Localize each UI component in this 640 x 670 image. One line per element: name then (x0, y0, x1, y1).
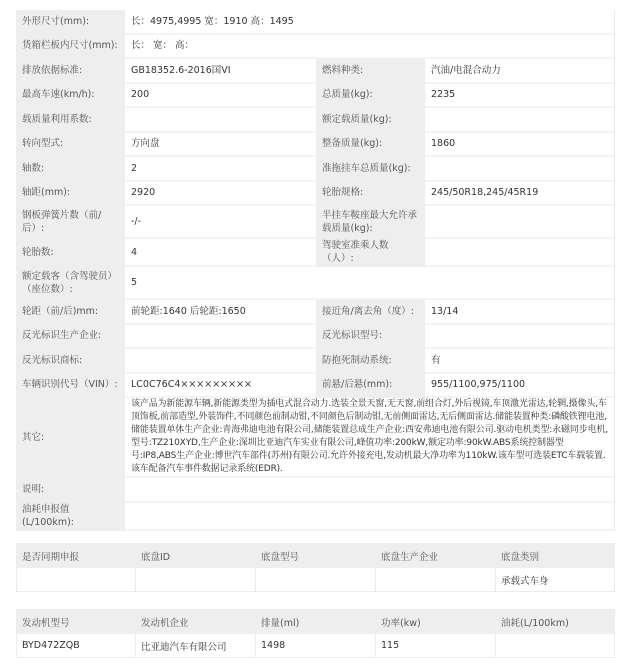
saddle-load-value (425, 206, 614, 239)
reflector-model-label: 反光标识型号: (316, 325, 425, 350)
engine-header-displacement: 排量(ml) (256, 610, 376, 634)
tow-mass-value (425, 157, 614, 182)
steering-value: 方向盘 (125, 133, 316, 158)
other-value: 该产品为新能源车辆,新能源类型为插电式混合动力.选装全景天窗,无天窗,前组合灯,… (125, 398, 614, 478)
engine-header-model: 发动机型号 (17, 610, 136, 634)
leaf-springs-value: -/- (125, 206, 316, 239)
chassis-header-row: 是否同期申报 底盘ID 底盘型号 底盘生产企业 底盘类别 (17, 544, 615, 568)
gross-mass-value: 2235 (425, 84, 614, 109)
rated-load-label: 额定载质量(kg): (316, 108, 425, 133)
spec-row-dimensions: 外形尺寸(mm): 长：4975,4995 宽：1910 高：1495 (16, 10, 614, 35)
engine-cell-fuel (496, 634, 615, 658)
engine-header-fuel: 油耗(L/100km) (496, 610, 615, 634)
chassis-cell-model (256, 568, 376, 592)
fuel-type-label: 燃料种类: (316, 59, 425, 84)
spec-row: 轮距（前/后)mm: 前轮距:1640 后轮距:1650 接近角/离去角（度）:… (16, 300, 614, 325)
engine-cell-model: BYD472ZQB (17, 634, 136, 658)
overhang-value: 955/1100,975/1100 (425, 374, 614, 399)
spec-row: 载质量利用系数: 额定载质量(kg): (16, 108, 614, 133)
tire-spec-value: 245/50R18,245/45R19 (425, 182, 614, 207)
cab-capacity-label: 驾驶室准乘人数（人）: (316, 239, 425, 267)
engine-table: 发动机型号 发动机企业 排量(ml) 功率(kw) 油耗(L/100km) BY… (16, 609, 615, 658)
spec-row: 轴数: 2 准拖挂车总质量(kg): (16, 157, 614, 182)
tire-count-value: 4 (125, 239, 316, 267)
passengers-label: 额定载客（含驾驶员）（座位数）: (16, 267, 125, 300)
spec-row: 反光标识生产企业: 反光标识型号: (16, 325, 614, 350)
max-speed-value: 200 (125, 84, 316, 109)
chassis-table: 是否同期申报 底盘ID 底盘型号 底盘生产企业 底盘类别 承载式车身 (16, 543, 615, 592)
spec-row-other: 其它: 该产品为新能源车辆,新能源类型为插电式混合动力.选装全景天窗,无天窗,前… (16, 398, 614, 478)
spec-row-note: 说明: (16, 478, 614, 503)
spec-row-fuel-declared: 油耗申报值(L/100km): (16, 503, 614, 531)
load-util-value (125, 108, 316, 133)
approach-angle-label: 接近角/离去角（度）: (316, 300, 425, 325)
engine-cell-maker: 比亚迪汽车有限公司 (136, 634, 256, 658)
abs-label: 防抱死制动系统: (316, 349, 425, 374)
engine-header-maker: 发动机企业 (136, 610, 256, 634)
wheelbase-label: 轴距(mm): (16, 182, 125, 207)
dimensions-value: 长：4975,4995 宽：1910 高：1495 (125, 10, 614, 35)
max-speed-label: 最高车速(km/h): (16, 84, 125, 109)
load-util-label: 载质量利用系数: (16, 108, 125, 133)
track-label: 轮距（前/后)mm: (16, 300, 125, 325)
chassis-header-maker: 底盘生产企业 (376, 544, 496, 568)
vin-value: LC0C76C4××××××××× (125, 374, 316, 399)
track-value: 前轮距:1640 后轮距:1650 (125, 300, 316, 325)
reflector-maker-label: 反光标识生产企业: (16, 325, 125, 350)
reflector-brand-label: 反光标识商标: (16, 349, 125, 374)
rated-load-value (425, 108, 614, 133)
chassis-header-same-period: 是否同期申报 (17, 544, 136, 568)
spec-row: 转向型式: 方向盘 整备质量(kg): 1860 (16, 133, 614, 158)
vehicle-spec-sheet: 外形尺寸(mm): 长：4975,4995 宽：1910 高：1495 货箱栏板… (16, 10, 614, 531)
vin-label: 车辆识别代号（VIN）: (16, 374, 125, 399)
fuel-type-value: 汽油/电混合动力 (425, 59, 614, 84)
chassis-header-model: 底盘型号 (256, 544, 376, 568)
passengers-value: 5 (125, 267, 614, 300)
note-value (125, 478, 614, 503)
tow-mass-label: 准拖挂车总质量(kg): (316, 157, 425, 182)
overhang-label: 前悬/后悬(mm): (316, 374, 425, 399)
emission-std-label: 排放依据标准: (16, 59, 125, 84)
spec-row: 最高车速(km/h): 200 总质量(kg): 2235 (16, 84, 614, 109)
chassis-cell-same-period (17, 568, 136, 592)
chassis-header-category: 底盘类别 (496, 544, 615, 568)
tire-spec-label: 轮胎规格: (316, 182, 425, 207)
spec-row: 排放依据标准: GB18352.6-2016国VI 燃料种类: 汽油/电混合动力 (16, 59, 614, 84)
chassis-cell-category: 承载式车身 (496, 568, 615, 592)
steering-label: 转向型式: (16, 133, 125, 158)
engine-header-row: 发动机型号 发动机企业 排量(ml) 功率(kw) 油耗(L/100km) (17, 610, 615, 634)
fuel-declared-label: 油耗申报值(L/100km): (16, 503, 125, 531)
spec-row: 轴距(mm): 2920 轮胎规格: 245/50R18,245/45R19 (16, 182, 614, 207)
leaf-springs-label: 钢板弹簧片数（前/后）: (16, 206, 125, 239)
curb-mass-label: 整备质量(kg): (316, 133, 425, 158)
dimensions-label: 外形尺寸(mm): (16, 10, 125, 35)
axles-value: 2 (125, 157, 316, 182)
fuel-declared-value (125, 503, 614, 531)
spec-row-passengers: 额定载客（含驾驶员）（座位数）: 5 (16, 267, 614, 300)
axles-label: 轴数: (16, 157, 125, 182)
approach-angle-value: 13/14 (425, 300, 614, 325)
engine-header-power: 功率(kw) (376, 610, 496, 634)
cargo-box-label: 货箱栏板内尺寸(mm): (16, 35, 125, 60)
emission-std-value: GB18352.6-2016国VI (125, 59, 316, 84)
reflector-maker-value (125, 325, 316, 350)
cargo-box-value: 长： 宽： 高： (125, 35, 614, 60)
spec-row: 反光标识商标: 防抱死制动系统: 有 (16, 349, 614, 374)
other-label: 其它: (16, 398, 125, 478)
cab-capacity-value (425, 239, 614, 267)
wheelbase-value: 2920 (125, 182, 316, 207)
table-row: BYD472ZQB 比亚迪汽车有限公司 1498 115 (17, 634, 615, 658)
spec-row: 钢板弹簧片数（前/后）: -/- 半挂车鞍座最大允许承载质量(kg): (16, 206, 614, 239)
chassis-cell-maker (376, 568, 496, 592)
reflector-brand-value (125, 349, 316, 374)
curb-mass-value: 1860 (425, 133, 614, 158)
note-label: 说明: (16, 478, 125, 503)
engine-cell-displacement: 1498 (256, 634, 376, 658)
reflector-model-value (425, 325, 614, 350)
spec-row: 轮胎数: 4 驾驶室准乘人数（人）: (16, 239, 614, 267)
chassis-header-id: 底盘ID (136, 544, 256, 568)
spec-row-cargo-box: 货箱栏板内尺寸(mm): 长： 宽： 高： (16, 35, 614, 60)
tire-count-label: 轮胎数: (16, 239, 125, 267)
table-row: 承载式车身 (17, 568, 615, 592)
saddle-load-label: 半挂车鞍座最大允许承载质量(kg): (316, 206, 425, 239)
abs-value: 有 (425, 349, 614, 374)
spec-table: 外形尺寸(mm): 长：4975,4995 宽：1910 高：1495 货箱栏板… (16, 10, 615, 531)
engine-cell-power: 115 (376, 634, 496, 658)
gross-mass-label: 总质量(kg): (316, 84, 425, 109)
spec-row: 车辆识别代号（VIN）: LC0C76C4××××××××× 前悬/后悬(mm)… (16, 374, 614, 399)
chassis-cell-id (136, 568, 256, 592)
